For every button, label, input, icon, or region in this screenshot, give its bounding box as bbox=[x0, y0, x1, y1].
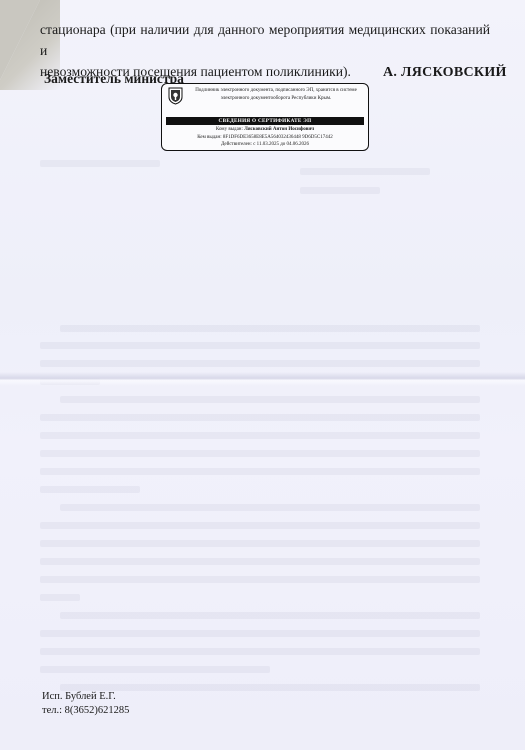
document-page: стационара (при наличии для данного меро… bbox=[0, 0, 525, 750]
issued-by-label: Кем выдан: bbox=[197, 135, 221, 140]
stamp-header: СВЕДЕНИЯ О СЕРТИФИКАТЕ ЭП bbox=[166, 117, 364, 125]
stamp-issued-to: Кому выдан: Лясковский Антон Иосифович bbox=[166, 126, 364, 134]
issued-to-value: Лясковский Антон Иосифович bbox=[244, 127, 314, 132]
executor-name: Исп. Бублей Е.Г. bbox=[42, 690, 129, 704]
stamp-details: Кому выдан: Лясковский Антон Иосифович К… bbox=[166, 126, 364, 149]
e-signature-stamp: Подлинник электронного документа, подпис… bbox=[161, 83, 369, 151]
issued-by-value: 8F1DF6DE3658E8E5A564032436448 9D6D5C1744… bbox=[223, 135, 333, 140]
executor-footer: Исп. Бублей Е.Г. тел.: 8(3652)621285 bbox=[42, 690, 129, 718]
signatory-name: А. ЛЯСКОВСКИЙ bbox=[383, 65, 507, 81]
stamp-validity: Действителен: с 11.03.2025 до 04.06.2026 bbox=[166, 141, 364, 149]
stamp-note: Подлинник электронного документа, подпис… bbox=[186, 87, 366, 103]
issued-to-label: Кому выдан: bbox=[216, 127, 243, 132]
stamp-issued-by: Кем выдан: 8F1DF6DE3658E8E5A564032436448… bbox=[166, 134, 364, 142]
crimea-coat-of-arms-icon bbox=[168, 87, 183, 105]
executor-phone: тел.: 8(3652)621285 bbox=[42, 704, 129, 718]
body-line: стационара (при наличии для данного меро… bbox=[40, 19, 490, 61]
paper-fold-line bbox=[0, 372, 525, 386]
